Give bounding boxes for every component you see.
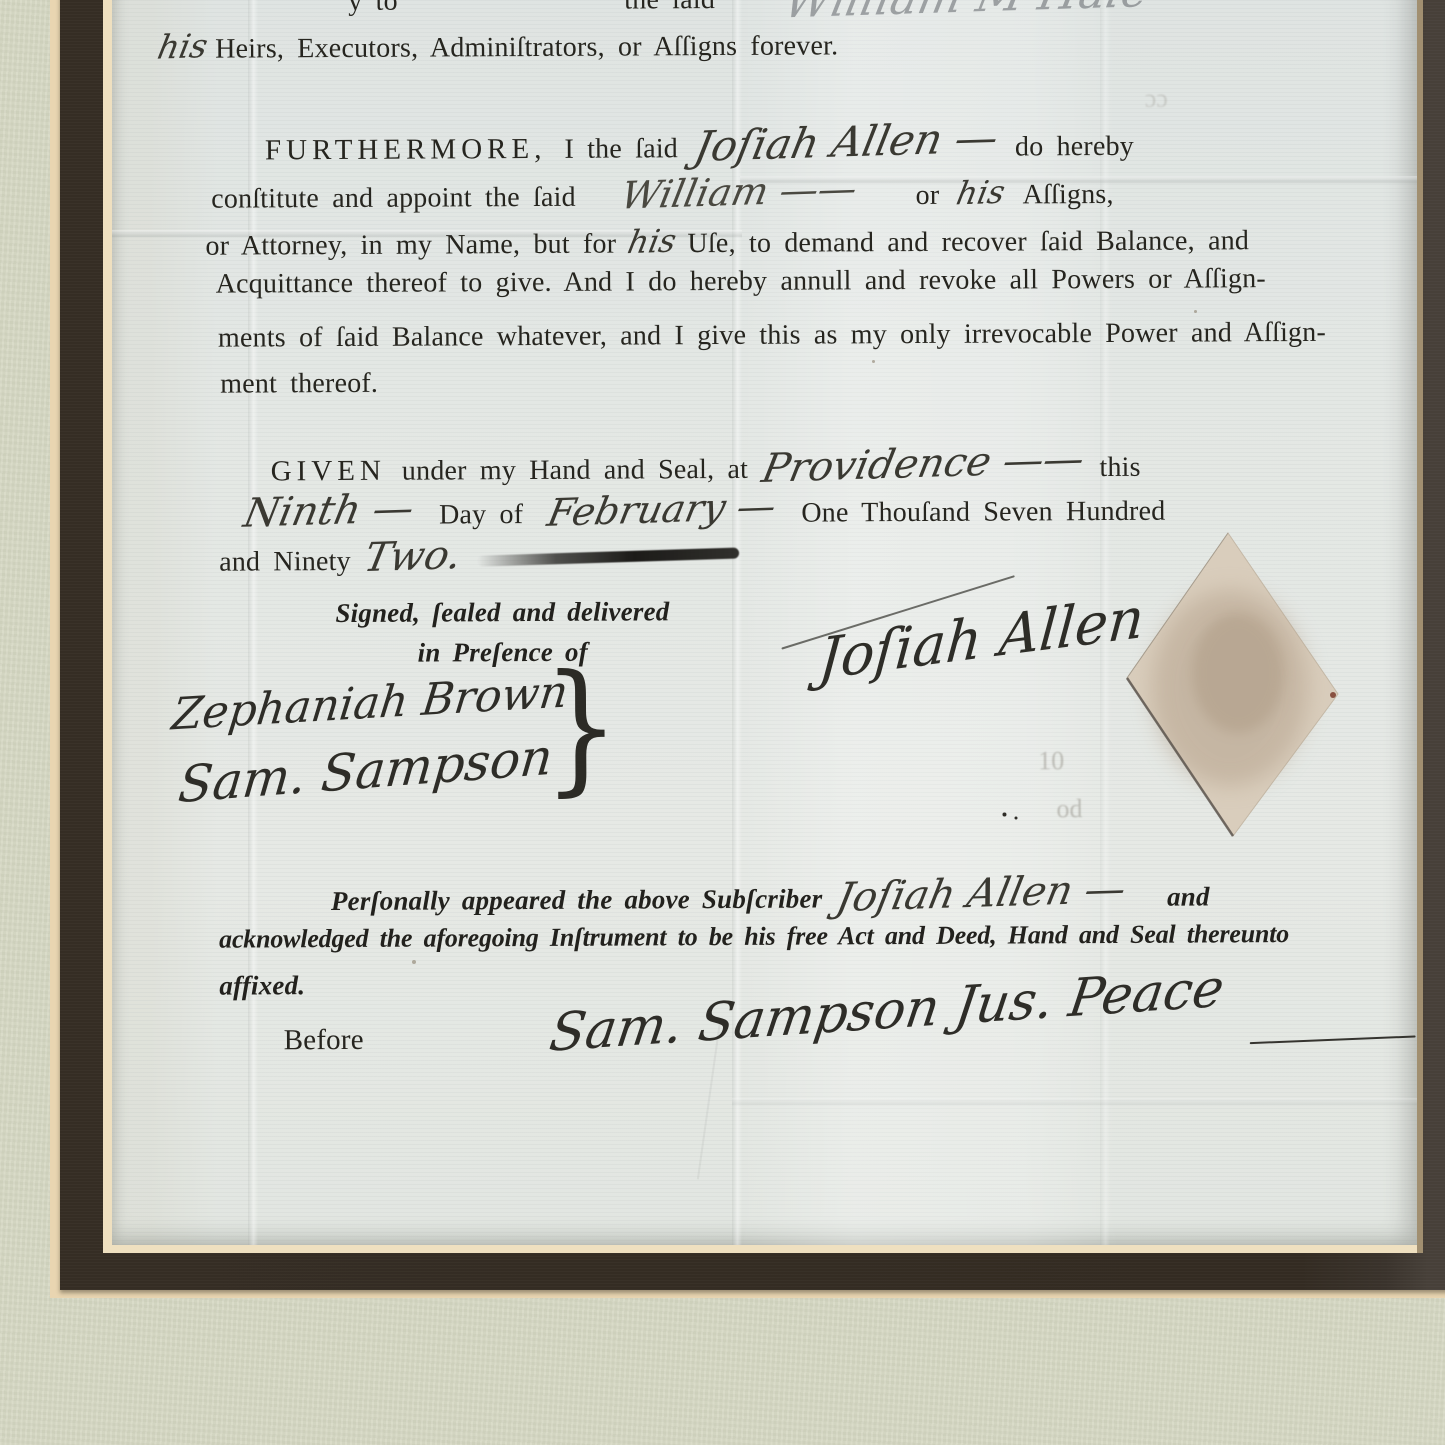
acknowledgment-line-3: affixed. — [219, 970, 305, 1001]
seal-red-speck — [1330, 692, 1336, 698]
print-segment: Uſe, to demand and recover ſaid Balance,… — [687, 225, 1249, 260]
framed-document-photo: y to the ſaid William M Hale his Heirs, … — [0, 0, 1445, 1445]
heirs-line: his Heirs, Executors, Adminiſtrators, or… — [158, 23, 838, 66]
justice-signature-flourish — [1250, 1035, 1416, 1044]
witness-signature-2: Sam. Sampson — [176, 728, 556, 815]
print-segment: Signed, ſealed and delivered — [335, 596, 669, 629]
attestation-line-1: Signed, ſealed and delivered — [335, 596, 669, 629]
print-segment: ment thereof. — [220, 368, 378, 401]
cut-line-print-fragment: y to — [348, 0, 398, 18]
bleedthrough-mark: od — [1056, 794, 1082, 824]
justice-signature: Sam. Sampson Jus. Peace — [546, 958, 1228, 1063]
print-segment: Before — [284, 1024, 364, 1057]
print-segment: Day of — [439, 499, 523, 531]
furthermore-line-3: or Attorney, in my Name, but for his Uſe… — [205, 219, 1249, 262]
handwriting-segment: his — [953, 173, 1008, 213]
handwriting-segment: Joſiah Allen — — [690, 113, 1002, 171]
given-line-1: GIVEN under my Hand and Seal, at Provide… — [271, 440, 1141, 491]
furthermore-line-1: FURTHERMORE, I the ſaid Joſiah Allen — d… — [265, 116, 1134, 170]
bleedthrough-mark: ɔɔ — [1145, 84, 1168, 114]
bleedthrough-mark: 10 — [1038, 746, 1064, 776]
print-segment: and Ninety — [219, 546, 351, 579]
cut-line-print-fragment-2: the ſaid — [624, 0, 715, 17]
acknowledgment-line-1: Perſonally appeared the above Subſcriber… — [331, 869, 1210, 920]
print-segment: do hereby — [1015, 131, 1134, 164]
print-segment: I the ſaid — [564, 133, 678, 166]
given-line-3: and Ninety Two. — [219, 533, 460, 580]
acknowledgment-line-2: acknowledged the aforegoing Inſtrument t… — [219, 919, 1289, 955]
handwriting-segment: Two. — [360, 532, 465, 581]
furthermore-line-2: conſtitute and appoint the ſaid William … — [211, 168, 1114, 217]
print-segment: acknowledged the aforegoing Inſtrument t… — [219, 919, 1289, 955]
print-segment: ments of ſaid Balance whatever, and I gi… — [218, 317, 1326, 355]
handwriting-segment: his — [154, 26, 211, 67]
wax-wafer-seal — [1095, 518, 1355, 848]
furthermore-line-4: Acquittance thereof to give. And I do he… — [216, 263, 1266, 300]
given-keyword: GIVEN — [271, 455, 386, 489]
witness-brace: } — [542, 645, 620, 810]
print-segment: under my Hand and Seal, at — [402, 454, 748, 488]
print-segment: affixed. — [219, 970, 305, 1001]
print-segment: Aſſigns, — [1023, 179, 1114, 211]
ink-dot — [1002, 813, 1006, 817]
print-segment: Heirs, Executors, Adminiſtrators, or Aſſ… — [215, 30, 838, 65]
handwriting-segment: Joſiah Allen — — [833, 866, 1130, 921]
ink-dot — [1014, 816, 1017, 819]
handwriting-segment: his — [624, 222, 679, 262]
witness-signature-1: Zephaniah Brown — [169, 666, 571, 740]
given-line-2: Ninth — Day of February — One Thouſand S… — [245, 484, 1166, 535]
handwriting-segment: William —— — [617, 166, 861, 217]
before-label: Before — [284, 1024, 364, 1057]
ink-smear — [477, 547, 739, 566]
print-segment: this — [1099, 452, 1140, 484]
handwriting-segment: February — — [544, 484, 780, 535]
print-segment: or — [916, 180, 940, 212]
furthermore-line-5: ments of ſaid Balance whatever, and I gi… — [218, 317, 1326, 355]
handwriting-segment: Ninth — — [240, 485, 418, 536]
print-segment: or Attorney, in my Name, but for — [205, 229, 616, 263]
print-segment: Acquittance thereof to give. And I do he… — [216, 263, 1266, 300]
print-segment: conſtitute and appoint the ſaid — [211, 182, 576, 216]
furthermore-line-6: ment thereof. — [220, 368, 378, 401]
print-segment: Perſonally appeared the above Subſcriber — [331, 883, 823, 917]
furthermore-keyword: FURTHERMORE, — [265, 133, 547, 167]
print-segment: and — [1167, 881, 1210, 912]
